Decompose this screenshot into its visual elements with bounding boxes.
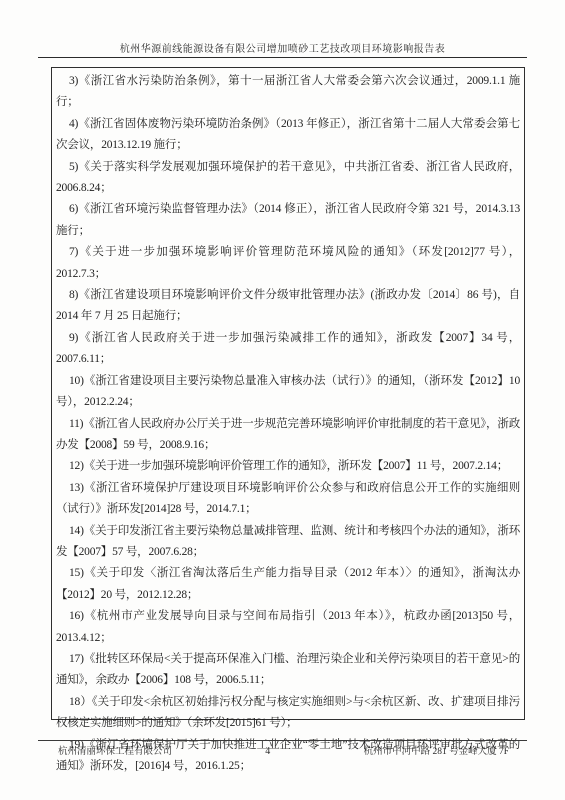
regulation-item: 16)《杭州市产业发展导向目录与空间布局指引（2013 年本）》，杭政办函[20… (56, 606, 520, 649)
regulation-item: 10)《浙江省建设项目主要污染物总量准入审核办法（试行）》的通知，（浙环发【20… (56, 371, 520, 414)
regulation-item: 6)《浙江省环境污染监督管理办法》（2014 修正），浙江省人民政府令第 321… (56, 199, 520, 242)
regulation-item: 8)《浙江省建设项目环境影响评价文件分级审批管理办法》(浙政办发〔2014〕86… (56, 285, 520, 328)
regulation-item: 4)《浙江省固体废物污染环境防治条例》（2013 年修正），浙江省第十二届人大常… (56, 114, 520, 157)
regulations-list-box: 3)《浙江省水污染防治条例》，第十一届浙江省人大常委会第六次会议通过，2009.… (51, 67, 525, 720)
footer-page-number: 4 (172, 746, 364, 757)
regulation-item: 14)《关于印发浙江省主要污染物总量减排管理、监测、统计和考核四个办法的通知》，… (56, 521, 520, 564)
page-footer: 杭州清丽环保工程有限公司 4 杭州市中河中路 281 号金峰大厦 7F (38, 743, 527, 757)
regulation-item: 9)《浙江省人民政府关于进一步加强污染减排工作的通知》，浙政发【2007】34 … (56, 328, 520, 371)
page-header-title: 杭州华源前线能源设备有限公司增加喷砂工艺技改项目环境影响报告表 (38, 40, 527, 55)
footer-address: 杭州市中河中路 281 号金峰大厦 7F (364, 743, 527, 757)
document-page: 杭州华源前线能源设备有限公司增加喷砂工艺技改项目环境影响报告表 3)《浙江省水污… (0, 0, 565, 800)
regulation-item: 15)《关于印发〈浙江省淘汰落后生产能力指导目录（2012 年本）〉的通知》，浙… (56, 563, 520, 606)
header-rule (38, 57, 527, 58)
regulation-item: 5)《关于落实科学发展观加强环境保护的若干意见》，中共浙江省委、浙江省人民政府，… (56, 157, 520, 200)
regulation-item: 13)《浙江省环境保护厅建设项目环境影响评价公众参与和政府信息公开工作的实施细则… (56, 478, 520, 521)
regulation-item: 18）《关于印发<余杭区初始排污权分配与核定实施细则>与<余杭区新、改、扩建项目… (56, 692, 520, 735)
regulation-item: 17)《批转区环保局<关于提高环保准入门槛、治理污染企业和关停污染项目的若干意见… (56, 649, 520, 692)
regulation-item: 3)《浙江省水污染防治条例》，第十一届浙江省人大常委会第六次会议通过，2009.… (56, 71, 520, 114)
footer-company-name: 杭州清丽环保工程有限公司 (38, 743, 172, 757)
regulation-item: 11)《浙江省人民政府办公厅关于进一步规范完善环境影响评价审批制度的若干意见》，… (56, 414, 520, 457)
footer-rule (38, 740, 527, 741)
regulation-item: 12)《关于进一步加强环境影响评价管理工作的通知》，浙环发【2007】11 号，… (56, 456, 520, 477)
regulation-item: 7)《关于进一步加强环境影响评价管理防范环境风险的通知》（环发[2012]77 … (56, 242, 520, 285)
